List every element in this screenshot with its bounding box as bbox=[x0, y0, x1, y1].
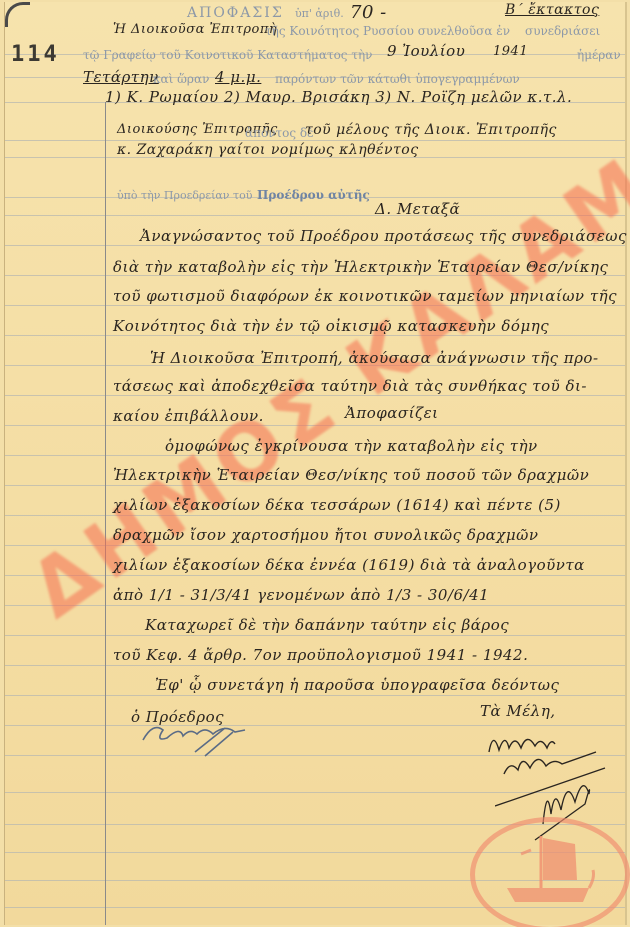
document-page: ΔΗΜΟΣ ΚΑΛΑΜΑΡΙΑΣ 114 ΑΠΟΦΑΣΙΣ ὑπ' ἀριθ. … bbox=[4, 2, 627, 925]
body-line: χιλίων ἑξακοσίων δέκα τεσσάρων (1614) κα… bbox=[113, 496, 561, 514]
session-type: Β΄ ἔκτακτος bbox=[505, 2, 599, 18]
committee-handwritten: Ἡ Διοικοῦσα Ἐπιτροπὴ bbox=[113, 22, 277, 37]
body-line: Ἠλεκτρικὴν Ἑταιρείαν Θεσ/νίκης τοῦ ποσοῦ… bbox=[113, 466, 589, 484]
body-line: Ἡ Διοικοῦσα Ἐπιτροπή, ἀκούσασα ἀνάγνωσιν… bbox=[150, 349, 599, 367]
ruled-line bbox=[5, 140, 625, 141]
body-line: ἀπὸ 1/1 - 31/3/41 γενομένων ἀπὸ 1/3 - 30… bbox=[113, 586, 489, 604]
body-line: ὁμοφώνως ἐγκρίνουσα τὴν καταβολὴν εἰς τὴ… bbox=[165, 437, 538, 455]
closing-line: Ἐφ' ᾧ συνετάγη ἡ παροῦσα ὑπογραφεῖσα δεό… bbox=[155, 676, 559, 694]
president-name: Δ. Μεταξᾶ bbox=[375, 200, 460, 218]
ruled-line bbox=[5, 665, 625, 666]
official-stamp bbox=[470, 817, 630, 927]
decides-handwritten: Ἀποφασίζει bbox=[345, 404, 439, 422]
meeting-date: 9 Ἰουλίου bbox=[387, 42, 465, 60]
absence-line-2: κ. Ζαχαράκη γαίτοι νομίμως κληθέντος bbox=[117, 142, 419, 158]
absence-printed: ἀπόντος δὲ bbox=[245, 126, 314, 140]
meeting-day: Τετάρτην bbox=[83, 68, 159, 86]
form-line-3-suffix: παρόντων τῶν κάτωθι ὑπογεγραμμένων bbox=[275, 72, 520, 86]
form-line-2-suffix: ἡμέραν bbox=[577, 48, 621, 62]
presidency-bold: Προέδρου αὐτῆς bbox=[257, 188, 370, 202]
ledger-page-number: 114 bbox=[11, 42, 60, 67]
body-line: τάσεως καὶ ἀποδεχθεῖσα ταύτην διὰ τὰς συ… bbox=[113, 377, 587, 395]
printed-title: ΑΠΟΦΑΣΙΣ bbox=[187, 5, 284, 21]
printed-number-label: ὑπ' ἀριθ. bbox=[295, 7, 344, 20]
presidency-printed: ὑπὸ τὴν Προεδρείαν τοῦ bbox=[117, 189, 252, 202]
form-line-1: τῆς Κοινότητος Ρυσσίου συνελθοῦσα ἐν bbox=[265, 24, 510, 38]
form-line-1-suffix: συνεδριάσει bbox=[525, 24, 600, 38]
ancient-ship-icon bbox=[497, 830, 597, 915]
body-line: καίου ἐπιβάλλουν. bbox=[113, 407, 264, 425]
ruled-line bbox=[5, 695, 625, 696]
members-present: 1) Κ. Ρωμαίου 2) Μαυρ. Βρισάκη 3) Ν. Ροϊ… bbox=[105, 88, 572, 106]
body-line: δραχμῶν ἴσον χαρτοσήμου ἤτοι συνολικῶς δ… bbox=[113, 526, 539, 544]
body-line: Ἀναγνώσαντος τοῦ Προέδρου προτάσεως τῆς … bbox=[140, 227, 627, 245]
ruled-line bbox=[5, 335, 625, 336]
body-line: τοῦ Κεφ. 4 ἄρθρ. 7ον προϋπολογισμοῦ 1941… bbox=[113, 646, 528, 664]
meeting-time: 4 μ.μ. bbox=[215, 68, 261, 86]
members-label: Τὰ Μέλη, bbox=[480, 702, 556, 720]
form-line-3: καὶ ὥραν bbox=[153, 72, 209, 86]
ruled-line bbox=[5, 635, 625, 636]
president-signature-icon bbox=[135, 712, 255, 762]
body-line: Καταχωρεῖ δὲ τὴν δαπάνην ταύτην εἰς βάρο… bbox=[145, 616, 509, 634]
absence-member: τοῦ μέλους τῆς Διοικ. Ἐπιτροπῆς bbox=[305, 122, 557, 138]
body-line: διὰ τὴν καταβολὴν εἰς τὴν Ἠλεκτρικὴν Ἑτα… bbox=[113, 258, 608, 276]
body-line: Κοινότητος διὰ τὴν ἐν τῷ οἰκισμῷ κατασκε… bbox=[113, 317, 549, 335]
page-corner-binding bbox=[5, 2, 30, 27]
decision-number: 70 - bbox=[350, 2, 387, 23]
meeting-year: 1941 bbox=[493, 44, 528, 59]
ruled-line bbox=[5, 485, 625, 486]
form-line-2: τῷ Γραφείῳ τοῦ Κοινοτικοῦ Καταστήματος τ… bbox=[83, 48, 372, 62]
body-line: χιλίων ἑξακοσίων δέκα ἐννέα (1619) διὰ τ… bbox=[113, 556, 585, 574]
body-line: τοῦ φωτισμοῦ διαφόρων ἐκ κοινοτικῶν ταμε… bbox=[113, 287, 617, 305]
